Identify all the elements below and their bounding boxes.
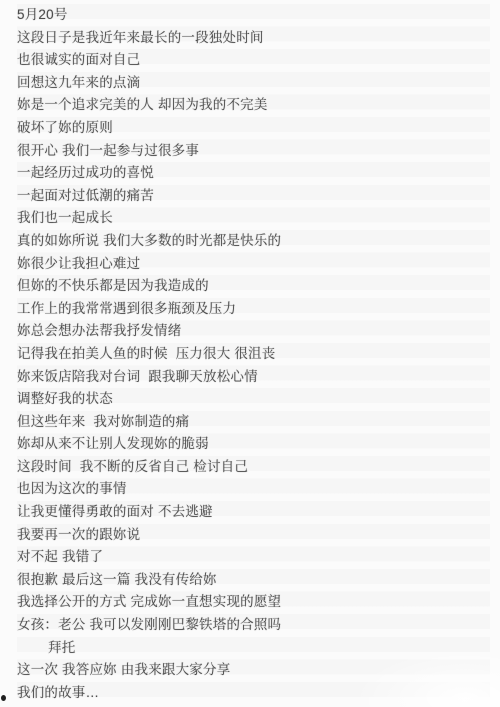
letter-line: 这段日子是我近年来最长的一段独处时间 bbox=[17, 27, 490, 50]
ink-dot-artifact bbox=[1, 695, 6, 701]
letter-line: 但妳的不快乐都是因为我造成的 bbox=[17, 275, 490, 298]
letter-line: 调整好我的状态 bbox=[17, 388, 490, 411]
letter-line: 妳来饭店陪我对台词 跟我聊天放松心情 bbox=[17, 366, 490, 389]
letter-line: 也很诚实的面对自己 bbox=[17, 49, 490, 72]
letter-line: 女孩：老公 我可以发刚刚巴黎铁塔的合照吗 bbox=[17, 614, 490, 637]
letter-line: 一起面对过低潮的痛苦 bbox=[17, 185, 490, 208]
letter-line: 一起经历过成功的喜悦 bbox=[17, 162, 490, 185]
letter-line: 这一次 我答应妳 由我来跟大家分享 bbox=[17, 659, 490, 682]
letter-line: 对不起 我错了 bbox=[17, 546, 490, 569]
letter-line: 我们也一起成长 bbox=[17, 207, 490, 230]
letter-line: 妳是一个追求完美的人 却因为我的不完美 bbox=[17, 94, 490, 117]
letter-line: 我们的故事… bbox=[17, 682, 490, 705]
letter-line: 回想这九年来的点滴 bbox=[17, 72, 490, 95]
letter-line: 妳总会想办法帮我抒发情绪 bbox=[17, 320, 490, 343]
letter-line: 妳却从来不让别人发现妳的脆弱 bbox=[17, 433, 490, 456]
letter: 5月20号这段日子是我近年来最长的一段独处时间也很诚实的面对自己回想这九年来的点… bbox=[0, 0, 500, 707]
letter-line: 很开心 我们一起参与过很多事 bbox=[17, 140, 490, 163]
letter-line: 破坏了妳的原则 bbox=[17, 117, 490, 140]
letter-line: 让我更懂得勇敢的面对 不去逃避 bbox=[17, 501, 490, 524]
letter-lines: 5月20号这段日子是我近年来最长的一段独处时间也很诚实的面对自己回想这九年来的点… bbox=[17, 4, 490, 704]
letter-line: 工作上的我常常遇到很多瓶颈及压力 bbox=[17, 298, 490, 321]
letter-line: 这段时间 我不断的反省自己 检讨自己 bbox=[17, 456, 490, 479]
letter-line: 但这些年来 我对妳制造的痛 bbox=[17, 411, 490, 434]
letter-line: 妳很少让我担心难过 bbox=[17, 253, 490, 276]
letter-line: 我选择公开的方式 完成妳一直想实现的愿望 bbox=[17, 591, 490, 614]
letter-line: 5月20号 bbox=[17, 4, 490, 27]
letter-line: 我要再一次的跟妳说 bbox=[17, 524, 490, 547]
letter-line: 也因为这次的事情 bbox=[17, 478, 490, 501]
letter-line: 拜托 bbox=[17, 637, 490, 660]
letter-line: 很抱歉 最后这一篇 我没有传给妳 bbox=[17, 569, 490, 592]
letter-line: 记得我在拍美人鱼的时候 压力很大 很沮丧 bbox=[17, 343, 490, 366]
letter-line: 真的如妳所说 我们大多数的时光都是快乐的 bbox=[17, 230, 490, 253]
